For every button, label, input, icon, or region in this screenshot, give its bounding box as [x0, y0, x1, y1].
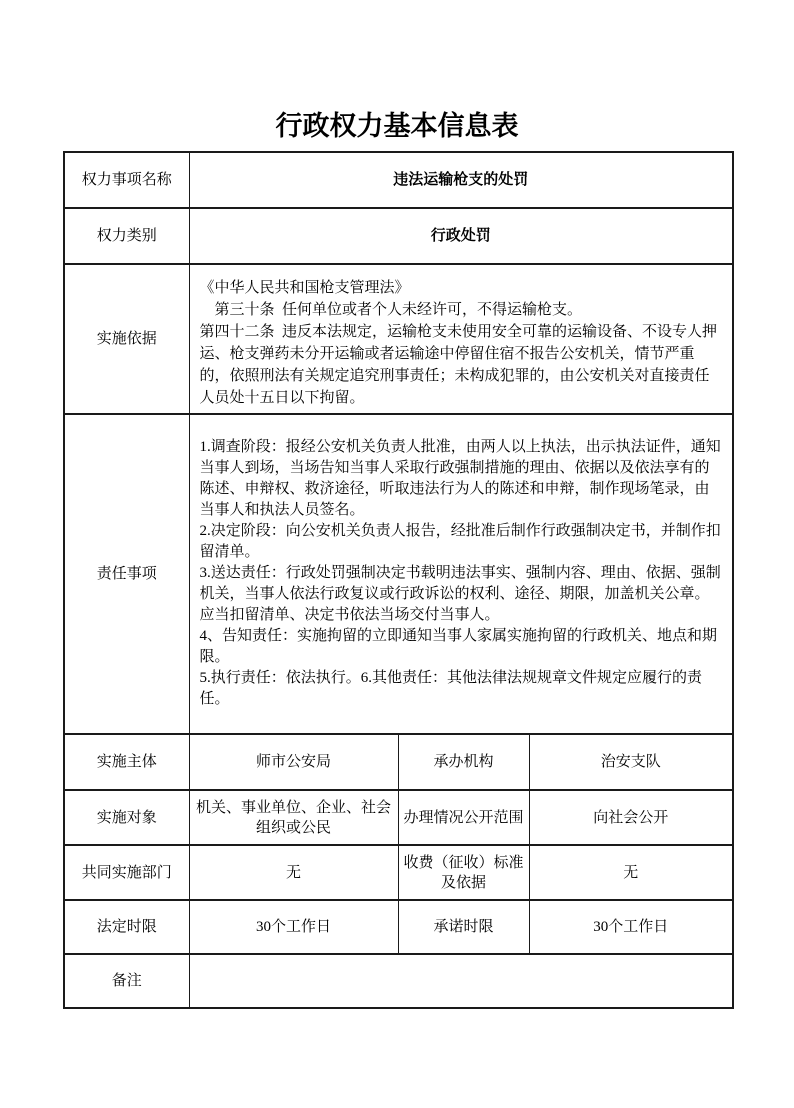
remarks-label: 备注 [64, 954, 189, 1008]
statutory-time-limit-value: 30个工作日 [189, 900, 398, 954]
row-power-category: 权力类别 行政处罚 [64, 208, 733, 264]
disclosure-scope-label: 办理情况公开范围 [398, 790, 529, 845]
implementation-basis-value: 《中华人民共和国枪支管理法》 第三十条 任何单位或者个人未经许可，不得运输枪支。… [189, 264, 733, 414]
implementing-subject-value: 师市公安局 [189, 734, 398, 790]
implementation-target-label: 实施对象 [64, 790, 189, 845]
joint-departments-label: 共同实施部门 [64, 845, 189, 900]
responsibility-items-label: 责任事项 [64, 414, 189, 734]
power-category-value: 行政处罚 [189, 208, 733, 264]
power-name-label: 权力事项名称 [64, 152, 189, 208]
fee-standard-label: 收费（征收）标准及依据 [398, 845, 529, 900]
statutory-time-limit-label: 法定时限 [64, 900, 189, 954]
power-category-label: 权力类别 [64, 208, 189, 264]
row-implementation-basis: 实施依据 《中华人民共和国枪支管理法》 第三十条 任何单位或者个人未经许可，不得… [64, 264, 733, 414]
info-table: 权力事项名称 违法运输枪支的处罚 权力类别 行政处罚 实施依据 《中华人民共和国… [63, 151, 734, 1009]
page-title: 行政权力基本信息表 [0, 104, 794, 143]
row-implementing-subject: 实施主体 师市公安局 承办机构 治安支队 [64, 734, 733, 790]
document-page: 行政权力基本信息表 权力事项名称 违法运输枪支的处罚 权力类别 行政处罚 实施依… [0, 0, 794, 1108]
responsibility-items-value: 1.调查阶段：报经公安机关负责人批准，由两人以上执法，出示执法证件，通知当事人到… [189, 414, 733, 734]
disclosure-scope-value: 向社会公开 [529, 790, 733, 845]
promised-time-limit-label: 承诺时限 [398, 900, 529, 954]
implementation-basis-label: 实施依据 [64, 264, 189, 414]
power-name-value: 违法运输枪支的处罚 [189, 152, 733, 208]
joint-departments-value: 无 [189, 845, 398, 900]
promised-time-limit-value: 30个工作日 [529, 900, 733, 954]
handling-agency-label: 承办机构 [398, 734, 529, 790]
row-responsibility-items: 责任事项 1.调查阶段：报经公安机关负责人批准，由两人以上执法，出示执法证件，通… [64, 414, 733, 734]
row-remarks: 备注 [64, 954, 733, 1008]
handling-agency-value: 治安支队 [529, 734, 733, 790]
fee-standard-value: 无 [529, 845, 733, 900]
implementing-subject-label: 实施主体 [64, 734, 189, 790]
row-time-limits: 法定时限 30个工作日 承诺时限 30个工作日 [64, 900, 733, 954]
row-power-name: 权力事项名称 违法运输枪支的处罚 [64, 152, 733, 208]
row-implementation-target: 实施对象 机关、事业单位、企业、社会组织或公民 办理情况公开范围 向社会公开 [64, 790, 733, 845]
row-joint-departments: 共同实施部门 无 收费（征收）标准及依据 无 [64, 845, 733, 900]
implementation-target-value: 机关、事业单位、企业、社会组织或公民 [189, 790, 398, 845]
remarks-value [189, 954, 733, 1008]
